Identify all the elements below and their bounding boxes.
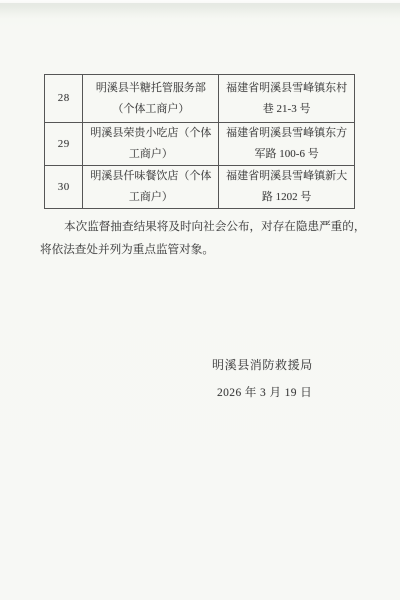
address-cell: 福建省明溪县雪峰镇东村巷 21-3 号 <box>219 75 355 123</box>
business-name-cell: 明溪县半糖托管服务部（个体工商户） <box>83 75 219 123</box>
inspection-results-table: 28 明溪县半糖托管服务部（个体工商户） 福建省明溪县雪峰镇东村巷 21-3 号… <box>44 74 355 209</box>
table-row: 29 明溪县荣贵小吃店（个体工商户） 福建省明溪县雪峰镇东方军路 100-6 号 <box>45 123 355 166</box>
row-number-cell: 28 <box>45 75 83 123</box>
table-body: 28 明溪县半糖托管服务部（个体工商户） 福建省明溪县雪峰镇东村巷 21-3 号… <box>45 75 355 209</box>
notice-line: 本次监督抽查结果将及时向社会公布，对存在隐患严重的， <box>40 215 370 238</box>
issuer-signature: 明溪县消防救援局 <box>212 356 313 373</box>
row-number-cell: 29 <box>45 123 83 166</box>
issue-date: 2026 年 3 月 19 日 <box>217 384 312 400</box>
notice-line: 将依法查处并列为重点监管对象。 <box>40 238 370 261</box>
notice-paragraph: 本次监督抽查结果将及时向社会公布，对存在隐患严重的， 将依法查处并列为重点监管对… <box>40 215 370 261</box>
business-name-cell: 明溪县荣贵小吃店（个体工商户） <box>83 123 219 166</box>
row-number-cell: 30 <box>45 166 83 209</box>
address-cell: 福建省明溪县雪峰镇东方军路 100-6 号 <box>219 123 355 166</box>
table-row: 28 明溪县半糖托管服务部（个体工商户） 福建省明溪县雪峰镇东村巷 21-3 号 <box>45 75 355 123</box>
business-name-cell: 明溪县仟味餐饮店（个体工商户） <box>83 166 219 209</box>
address-cell: 福建省明溪县雪峰镇新大路 1202 号 <box>219 166 355 209</box>
scanned-document-page: 28 明溪县半糖托管服务部（个体工商户） 福建省明溪县雪峰镇东村巷 21-3 号… <box>0 0 400 600</box>
scan-artifact-band <box>0 3 400 19</box>
table-row: 30 明溪县仟味餐饮店（个体工商户） 福建省明溪县雪峰镇新大路 1202 号 <box>45 166 355 209</box>
